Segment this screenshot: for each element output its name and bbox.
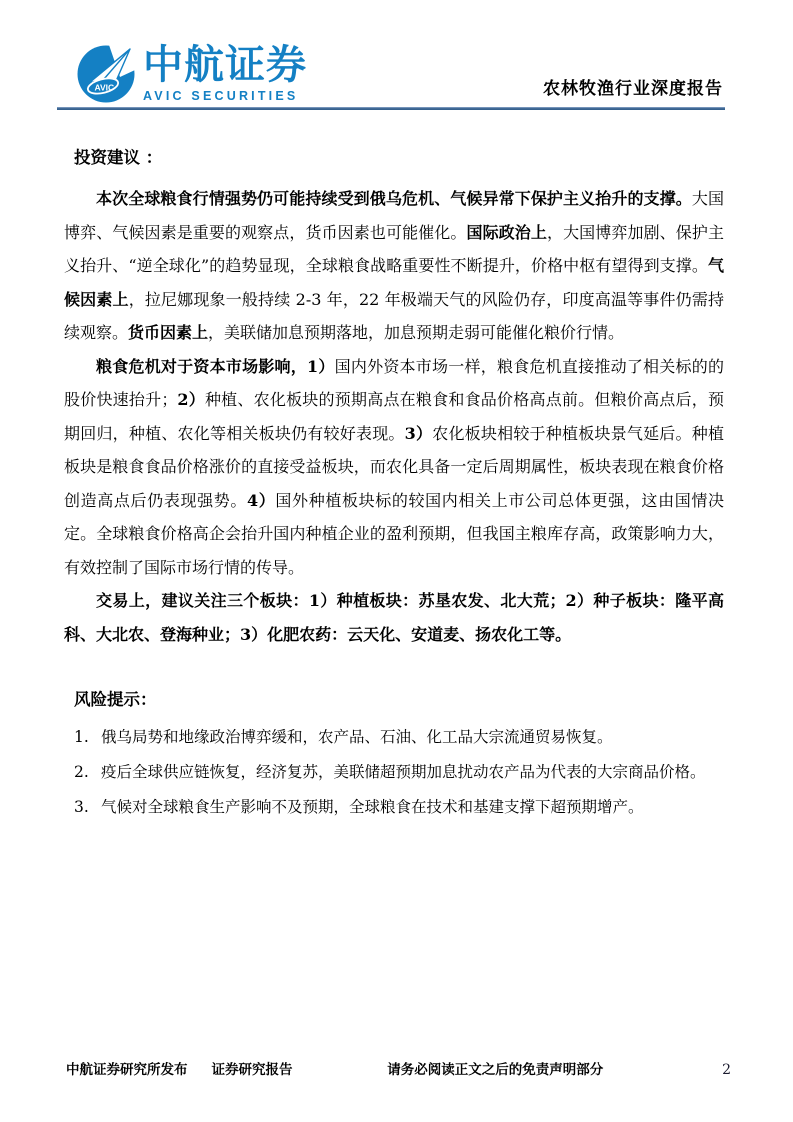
text-run: 交易上，建议关注三个板块：1）种植板块：苏垦农发、北大荒；2）种子板块：隆平高科… <box>64 591 724 644</box>
risk-heading: 风险提示： <box>64 688 724 712</box>
risk-item-number: 3. <box>74 796 101 819</box>
text-run: 粮食危机对于资本市场影响，1） <box>96 357 335 376</box>
footer-report-label: 证券研究报告 <box>212 1058 293 1078</box>
text-run: 本次全球粮食行情强势仍可能持续受到俄乌危机、气候异常下保护主义抬升的支撑。 <box>96 189 692 208</box>
avic-plane-emblem-icon: AVIC <box>76 44 136 104</box>
report-body: 投资建议 ： 本次全球粮食行情强势仍可能持续受到俄乌危机、气候异常下保护主义抬升… <box>64 146 724 831</box>
report-type-label: 农林牧渔行业深度报告 <box>543 74 723 99</box>
risk-item-text: 疫后全球供应链恢复，经济复苏，美联储超预期加息扰动农产品为代表的大宗商品价格。 <box>101 761 724 784</box>
header-divider <box>57 107 725 110</box>
report-page: AVIC 中航证券 AVIC SECURITIES 农林牧渔行业深度报告 投资建… <box>0 0 793 1122</box>
advice-paragraph-3: 交易上，建议关注三个板块：1）种植板块：苏垦农发、北大荒；2）种子板块：隆平高科… <box>64 584 724 651</box>
advice-paragraph-2: 粮食危机对于资本市场影响，1）国内外资本市场一样，粮食危机直接推动了相关标的的股… <box>64 350 724 585</box>
risk-item-text: 俄乌局势和地缘政治博弈缓和，农产品、石油、化工品大宗流通贸易恢复。 <box>101 726 724 749</box>
investment-advice-heading: 投资建议 ： <box>64 146 724 170</box>
risk-item-2: 2. 疫后全球供应链恢复，经济复苏，美联储超预期加息扰动农产品为代表的大宗商品价… <box>74 761 724 784</box>
brand-text: 中航证券 AVIC SECURITIES <box>143 44 307 103</box>
brand-name-chinese: 中航证券 <box>143 44 307 86</box>
risk-item-number: 1. <box>74 726 101 749</box>
risk-item-1: 1. 俄乌局势和地缘政治博弈缓和，农产品、石油、化工品大宗流通贸易恢复。 <box>74 726 724 749</box>
text-run: 3） <box>405 424 433 443</box>
footer-disclaimer: 请务必阅读正文之后的免责声明部分 <box>387 1058 603 1078</box>
text-run: 国际政治上 <box>466 223 547 242</box>
page-footer: 中航证券研究所发布 证券研究报告 请务必阅读正文之后的免责声明部分 2 <box>66 1058 731 1078</box>
risk-list: 1. 俄乌局势和地缘政治博弈缓和，农产品、石油、化工品大宗流通贸易恢复。 2. … <box>64 726 724 819</box>
footer-publisher: 中航证券研究所发布 <box>66 1058 188 1078</box>
text-run: ，美联储加息预期落地，加息预期走弱可能催化粮价行情。 <box>208 323 624 342</box>
brand-name-english: AVIC SECURITIES <box>143 89 307 103</box>
text-run: 4） <box>247 491 275 510</box>
page-number: 2 <box>722 1062 731 1078</box>
risk-item-text: 气候对全球粮食生产影响不及预期，全球粮食在技术和基建支撑下超预期增产。 <box>101 796 724 819</box>
risk-item-3: 3. 气候对全球粮食生产影响不及预期，全球粮食在技术和基建支撑下超预期增产。 <box>74 796 724 819</box>
avic-logo: AVIC 中航证券 AVIC SECURITIES <box>76 44 307 104</box>
risk-item-number: 2. <box>74 761 101 784</box>
text-run: 2） <box>177 390 205 409</box>
text-run: 货币因素上 <box>128 323 208 342</box>
advice-paragraph-1: 本次全球粮食行情强势仍可能持续受到俄乌危机、气候异常下保护主义抬升的支撑。大国博… <box>64 182 724 350</box>
emblem-avic-text: AVIC <box>95 83 115 93</box>
